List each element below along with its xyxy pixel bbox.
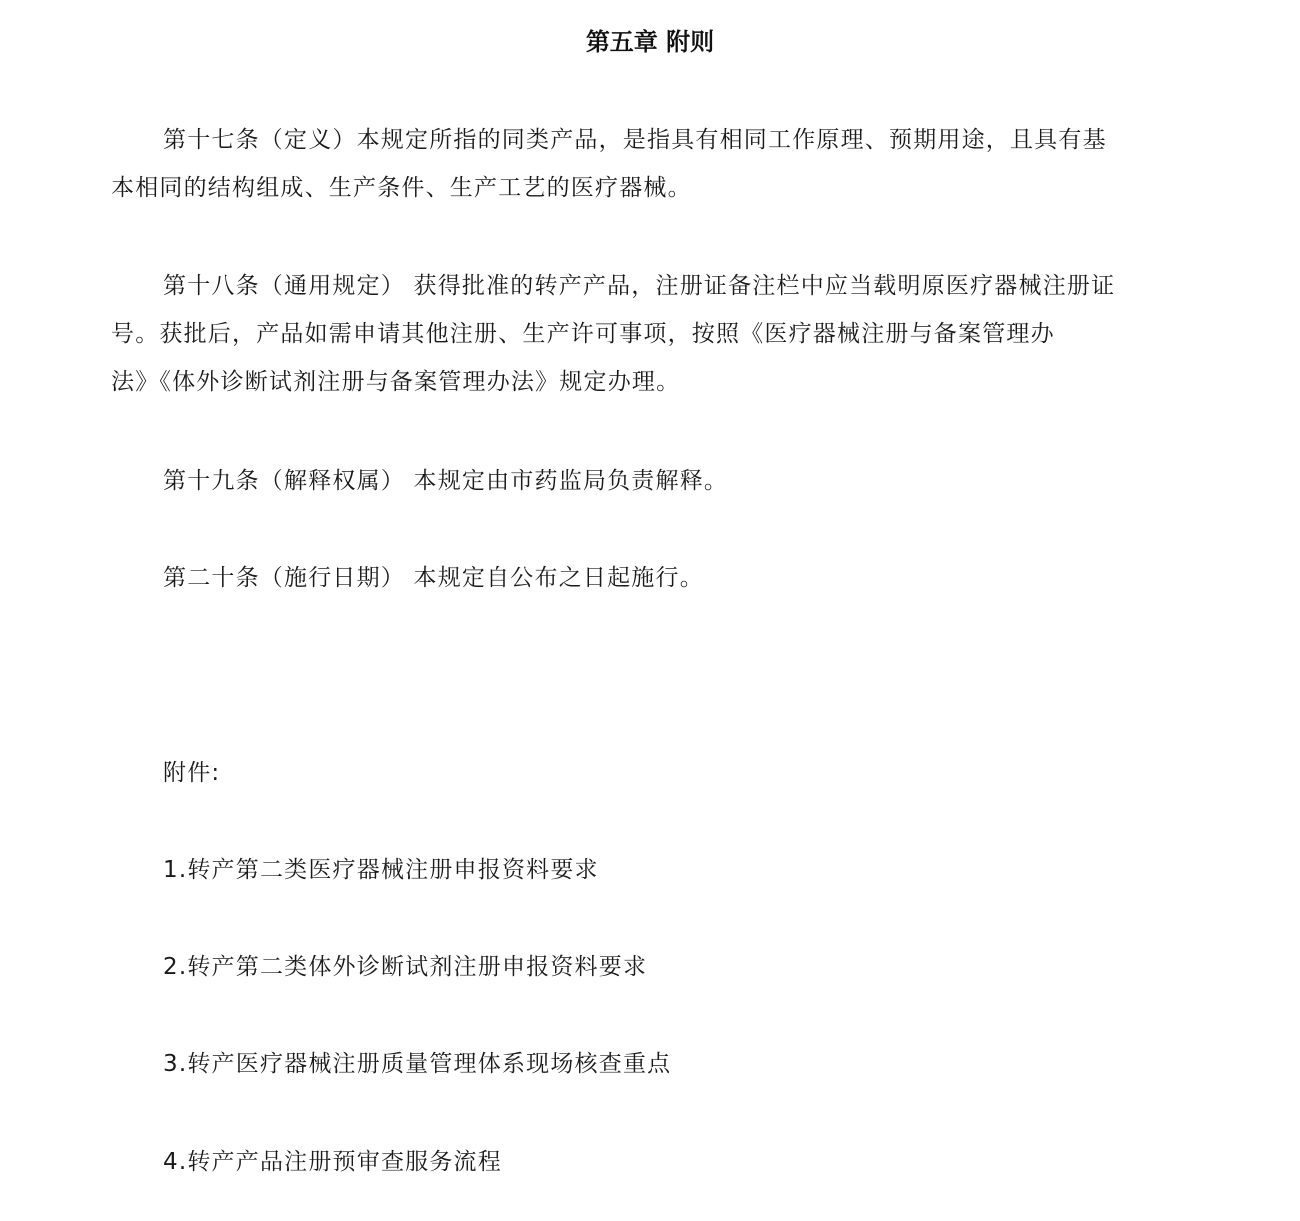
attachment-item-2: 2.转产第二类体外诊断试剂注册申报资料要求 xyxy=(163,943,647,991)
article-18-line-1: 第十八条（通用规定） 获得批准的转产产品，注册证备注栏中应当载明原医疗器械注册证 xyxy=(111,262,1189,310)
attachment-item-4: 4.转产产品注册预审查服务流程 xyxy=(163,1138,502,1186)
article-20: 第二十条（施行日期） 本规定自公布之日起施行。 xyxy=(111,554,1189,602)
article-18-line-3: 法》《体外诊断试剂注册与备案管理办法》规定办理。 xyxy=(111,358,1189,406)
chapter-title: 第五章 附则 xyxy=(111,24,1189,60)
article-19: 第十九条（解释权属） 本规定由市药监局负责解释。 xyxy=(111,457,1189,505)
attachment-item-3: 3.转产医疗器械注册质量管理体系现场核查重点 xyxy=(163,1040,671,1088)
article-18: 第十八条（通用规定） 获得批准的转产产品，注册证备注栏中应当载明原医疗器械注册证… xyxy=(111,262,1189,406)
article-19-line-1: 第十九条（解释权属） 本规定由市药监局负责解释。 xyxy=(111,457,1189,505)
attachments-label: 附件: xyxy=(163,749,220,797)
article-17-line-1: 第十七条（定义）本规定所指的同类产品，是指具有相同工作原理、预期用途，且具有基 xyxy=(111,116,1189,164)
article-17-line-2: 本相同的结构组成、生产条件、生产工艺的医疗器械。 xyxy=(111,164,1189,212)
article-20-line-1: 第二十条（施行日期） 本规定自公布之日起施行。 xyxy=(111,554,1189,602)
attachment-item-1: 1.转产第二类医疗器械注册申报资料要求 xyxy=(163,846,599,894)
article-17: 第十七条（定义）本规定所指的同类产品，是指具有相同工作原理、预期用途，且具有基 … xyxy=(111,116,1189,212)
article-18-line-2: 号。获批后，产品如需申请其他注册、生产许可事项，按照《医疗器械注册与备案管理办 xyxy=(111,310,1189,358)
